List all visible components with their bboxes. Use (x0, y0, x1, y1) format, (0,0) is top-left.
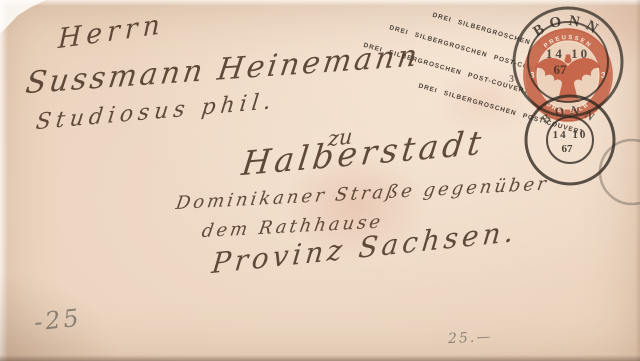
postmark-upper (514, 8, 622, 116)
postmark-upper-year: 67 (554, 62, 568, 77)
address-salutation: Herrn (57, 9, 165, 55)
paper-edge-top (0, 0, 640, 6)
postmark-upper-date: 14 10 (546, 46, 590, 61)
paper-edge-right (635, 0, 640, 361)
postmark-lower-date: 14 10 (553, 129, 588, 141)
postmark-lower-town: BONN (539, 103, 602, 127)
svg-text:BONN: BONN (530, 13, 605, 40)
paper-shadow (0, 271, 120, 361)
postmark-upper-town: BONN (530, 13, 605, 40)
postmark-partial (600, 140, 640, 204)
paper-edge-bottom (0, 355, 640, 361)
pencil-note-center: 25.— (448, 329, 493, 347)
svg-text:BONN: BONN (539, 103, 602, 127)
postmark-lower-year: 67 (562, 143, 574, 155)
postmark-upper-aux: 3 (509, 74, 514, 85)
envelope-photo: DREI SILBERGROSCHEN POST-COUVERT DREI SI… (0, 0, 640, 361)
